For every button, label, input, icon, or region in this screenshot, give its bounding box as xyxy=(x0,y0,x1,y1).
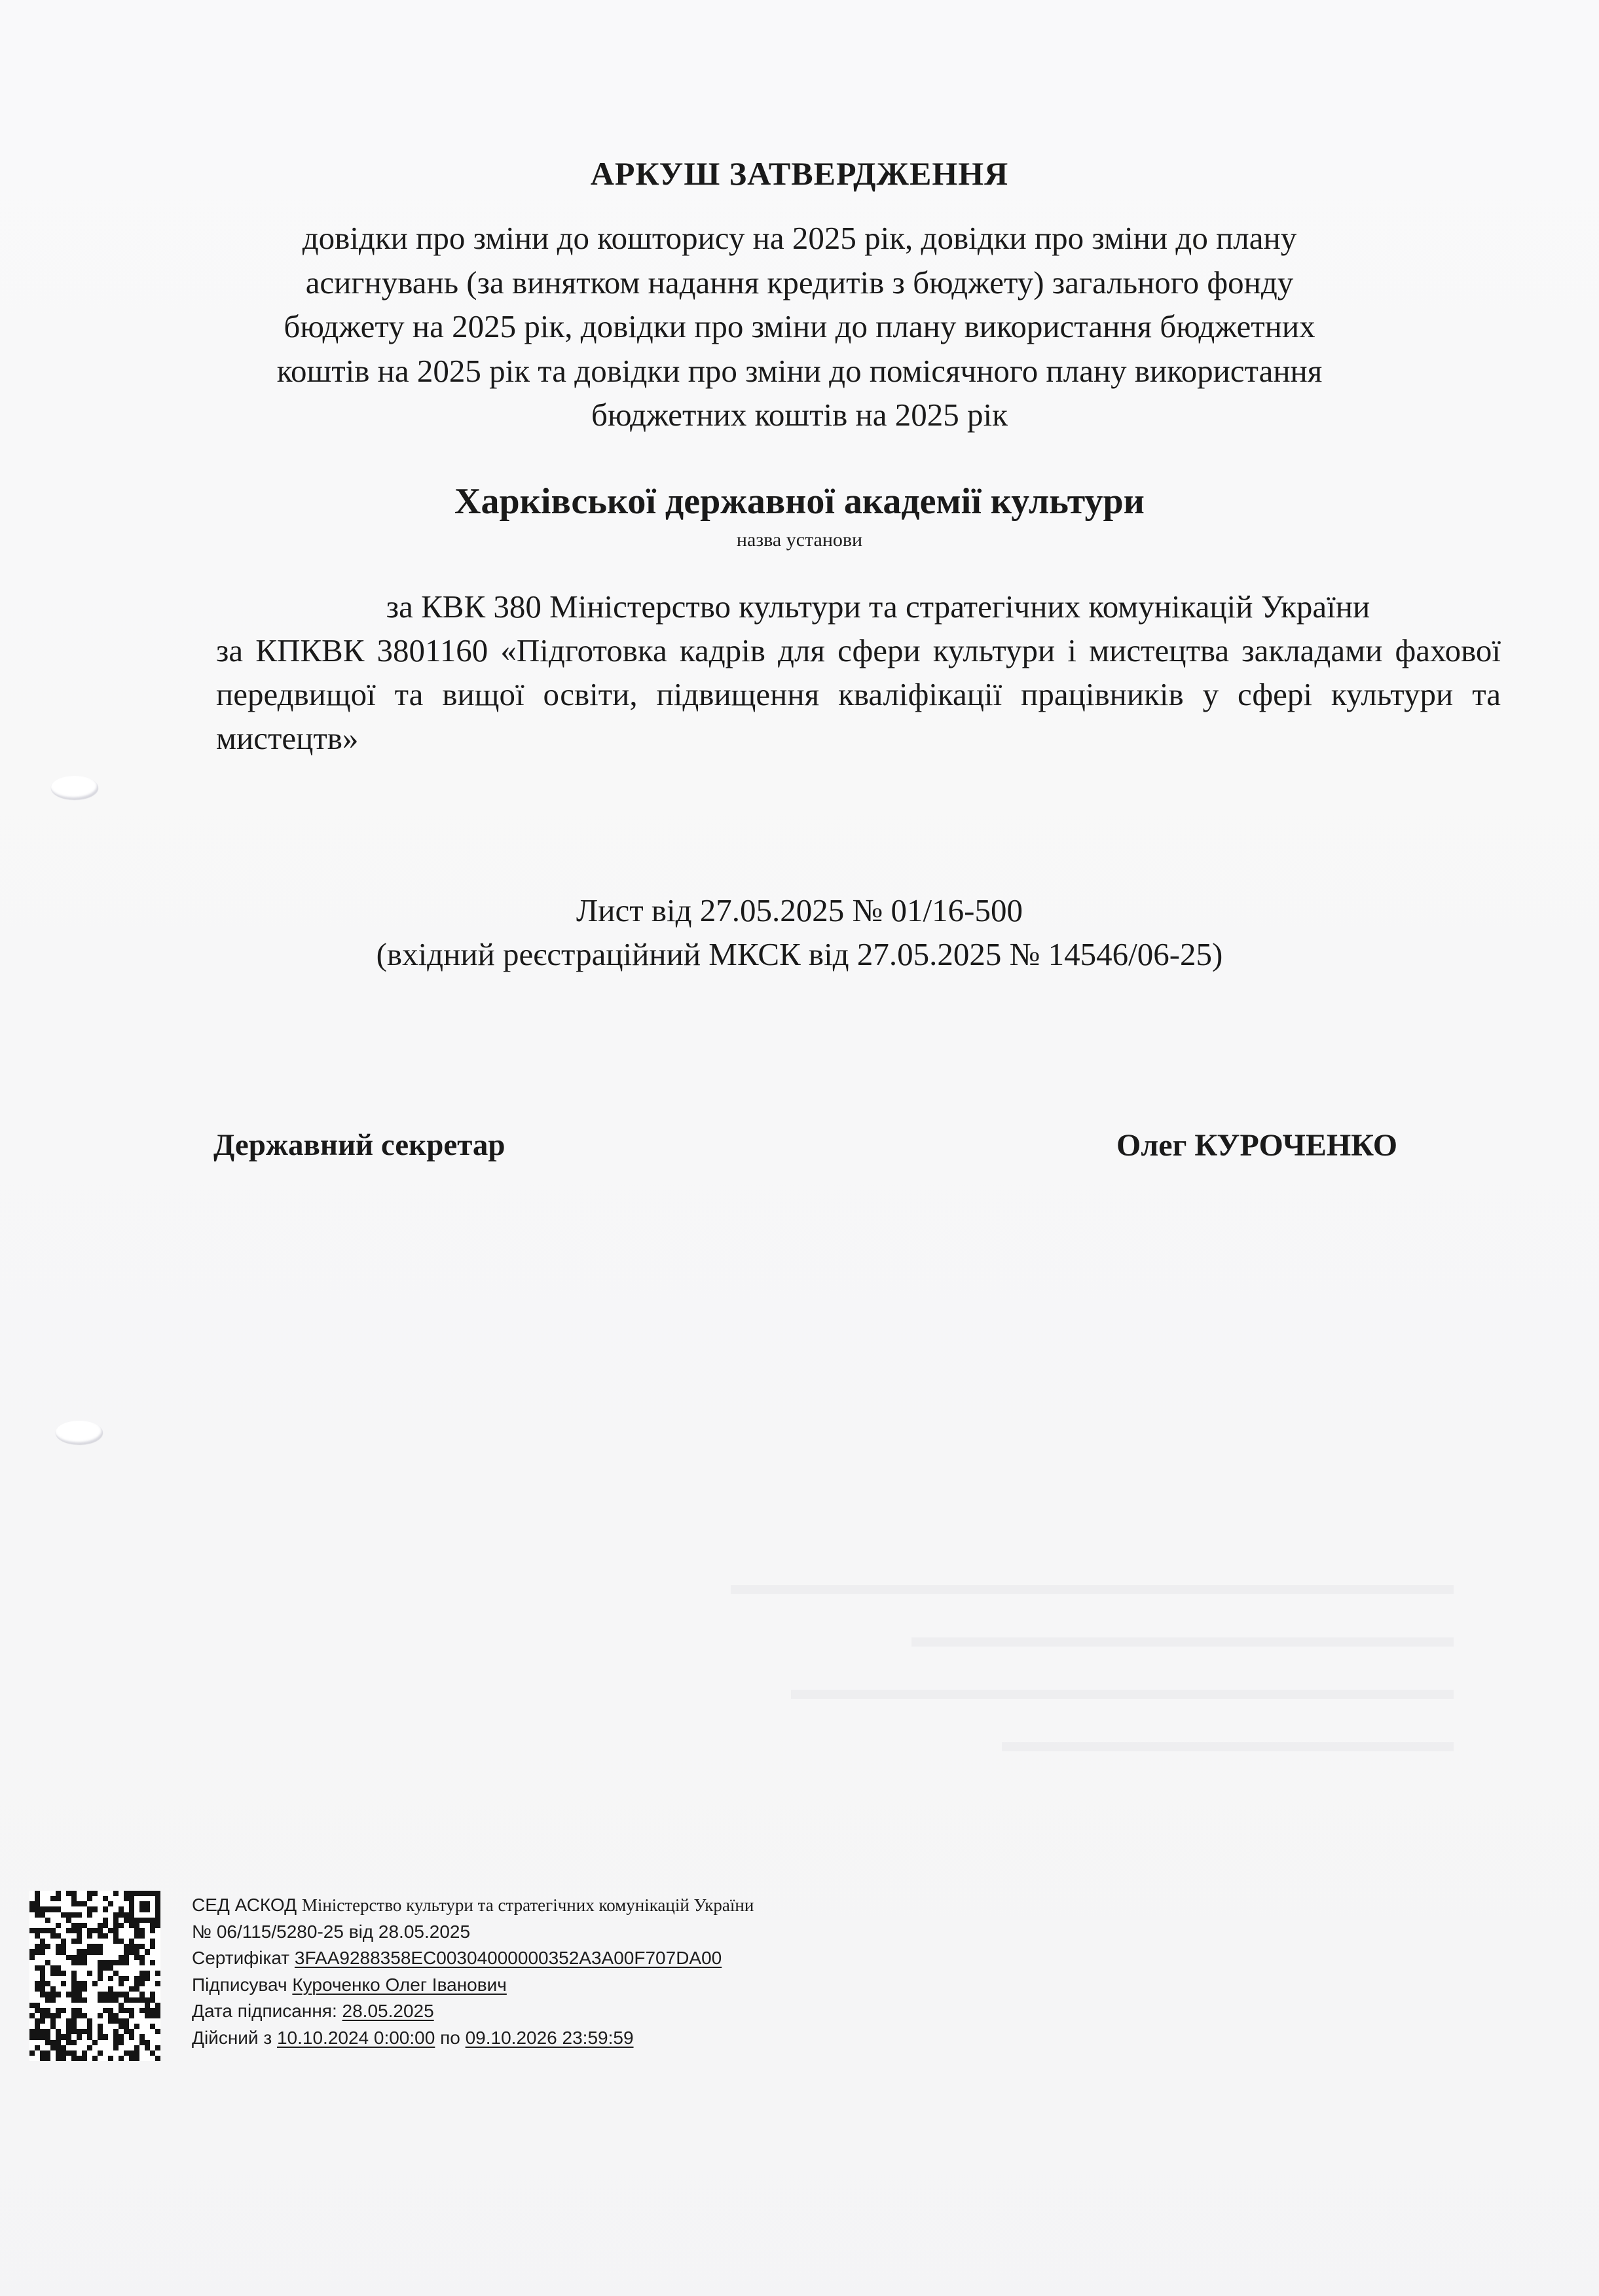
registration-number: № 06/115/5280-25 від 28.05.2025 xyxy=(192,1919,754,1946)
kpkvk-text: за КПКВК 3801160 «Підготовка кадрів для … xyxy=(216,629,1501,760)
subtitle-line: бюджету на 2025 рік, довідки про зміни д… xyxy=(0,304,1599,349)
stamp-system-line: СЕД АСКОД Міністерство культури та страт… xyxy=(192,1892,754,1919)
institution-caption: назва установи xyxy=(0,529,1599,551)
valid-to-value: 09.10.2026 23:59:59 xyxy=(466,2028,634,2048)
system-label: СЕД АСКОД xyxy=(192,1895,297,1915)
signer-role: Державний секретар xyxy=(213,1127,505,1163)
signer-line: Підписувач Куроченко Олег Іванович xyxy=(192,1972,754,1999)
subtitle-line: довідки про зміни до кошторису на 2025 р… xyxy=(0,216,1599,261)
document-page: ▬▬▬▬▬▬▬▬▬▬▬▬▬▬▬▬▬▬▬▬▬▬▬▬ ▬▬▬▬▬▬▬▬▬▬▬▬▬▬▬… xyxy=(0,0,1599,2296)
sign-date-line: Дата підписання: 28.05.2025 xyxy=(192,1998,754,2025)
subtitle-line: асигнувань (за винятком надання кредитів… xyxy=(0,261,1599,305)
organization-name: Міністерство культури та стратегічних ко… xyxy=(302,1895,754,1915)
valid-from-value: 10.10.2024 0:00:00 xyxy=(277,2028,435,2048)
signer-name: Олег КУРОЧЕНКО xyxy=(1116,1127,1397,1163)
stamp-details: СЕД АСКОД Міністерство культури та страт… xyxy=(192,1892,754,2051)
letter-line: Лист від 27.05.2025 № 01/16-500 xyxy=(0,888,1599,932)
signer-label: Підписувач xyxy=(192,1975,287,1995)
certificate-line: Сертифікат 3FAA9288358EC00304000000352A3… xyxy=(192,1945,754,1972)
subtitle-line: бюджетних коштів на 2025 рік xyxy=(0,393,1599,437)
sign-date-label: Дата підписання: xyxy=(192,2001,337,2021)
valid-from-label: Дійсний з xyxy=(192,2028,272,2048)
kvk-line: за КВК 380 Міністерство культури та стра… xyxy=(216,585,1501,629)
document-title: АРКУШ ЗАТВЕРДЖЕННЯ xyxy=(0,155,1599,192)
bleed-through-texture: ▬▬▬▬▬▬▬▬▬▬▬▬▬▬▬▬▬▬▬▬▬▬▬▬ ▬▬▬▬▬▬▬▬▬▬▬▬▬▬▬… xyxy=(236,1558,1454,1768)
e-signature-stamp: СЕД АСКОД Міністерство культури та страт… xyxy=(29,1891,754,2061)
certificate-value: 3FAA9288358EC00304000000352A3A00F707DA00 xyxy=(295,1948,722,1968)
qr-code-icon xyxy=(29,1891,160,2061)
institution-name: Харківської державної академії культури xyxy=(0,481,1599,522)
sign-date-value: 28.05.2025 xyxy=(342,2001,434,2021)
document-subtitle: довідки про зміни до кошторису на 2025 р… xyxy=(0,216,1599,437)
budget-classification: за КВК 380 Міністерство культури та стра… xyxy=(216,585,1501,760)
punch-hole-bottom xyxy=(56,1421,103,1444)
certificate-label: Сертифікат xyxy=(192,1948,289,1968)
validity-line: Дійсний з 10.10.2024 0:00:00 по 09.10.20… xyxy=(192,2025,754,2052)
punch-hole-top xyxy=(51,776,98,799)
signer-value: Куроченко Олег Іванович xyxy=(292,1975,506,1995)
valid-to-label: по xyxy=(440,2028,460,2048)
subtitle-line: коштів на 2025 рік та довідки про зміни … xyxy=(0,349,1599,393)
letter-reference: Лист від 27.05.2025 № 01/16-500 (вхідний… xyxy=(0,888,1599,976)
incoming-registration-line: (вхідний реєстраційний МКСК від 27.05.20… xyxy=(0,932,1599,976)
